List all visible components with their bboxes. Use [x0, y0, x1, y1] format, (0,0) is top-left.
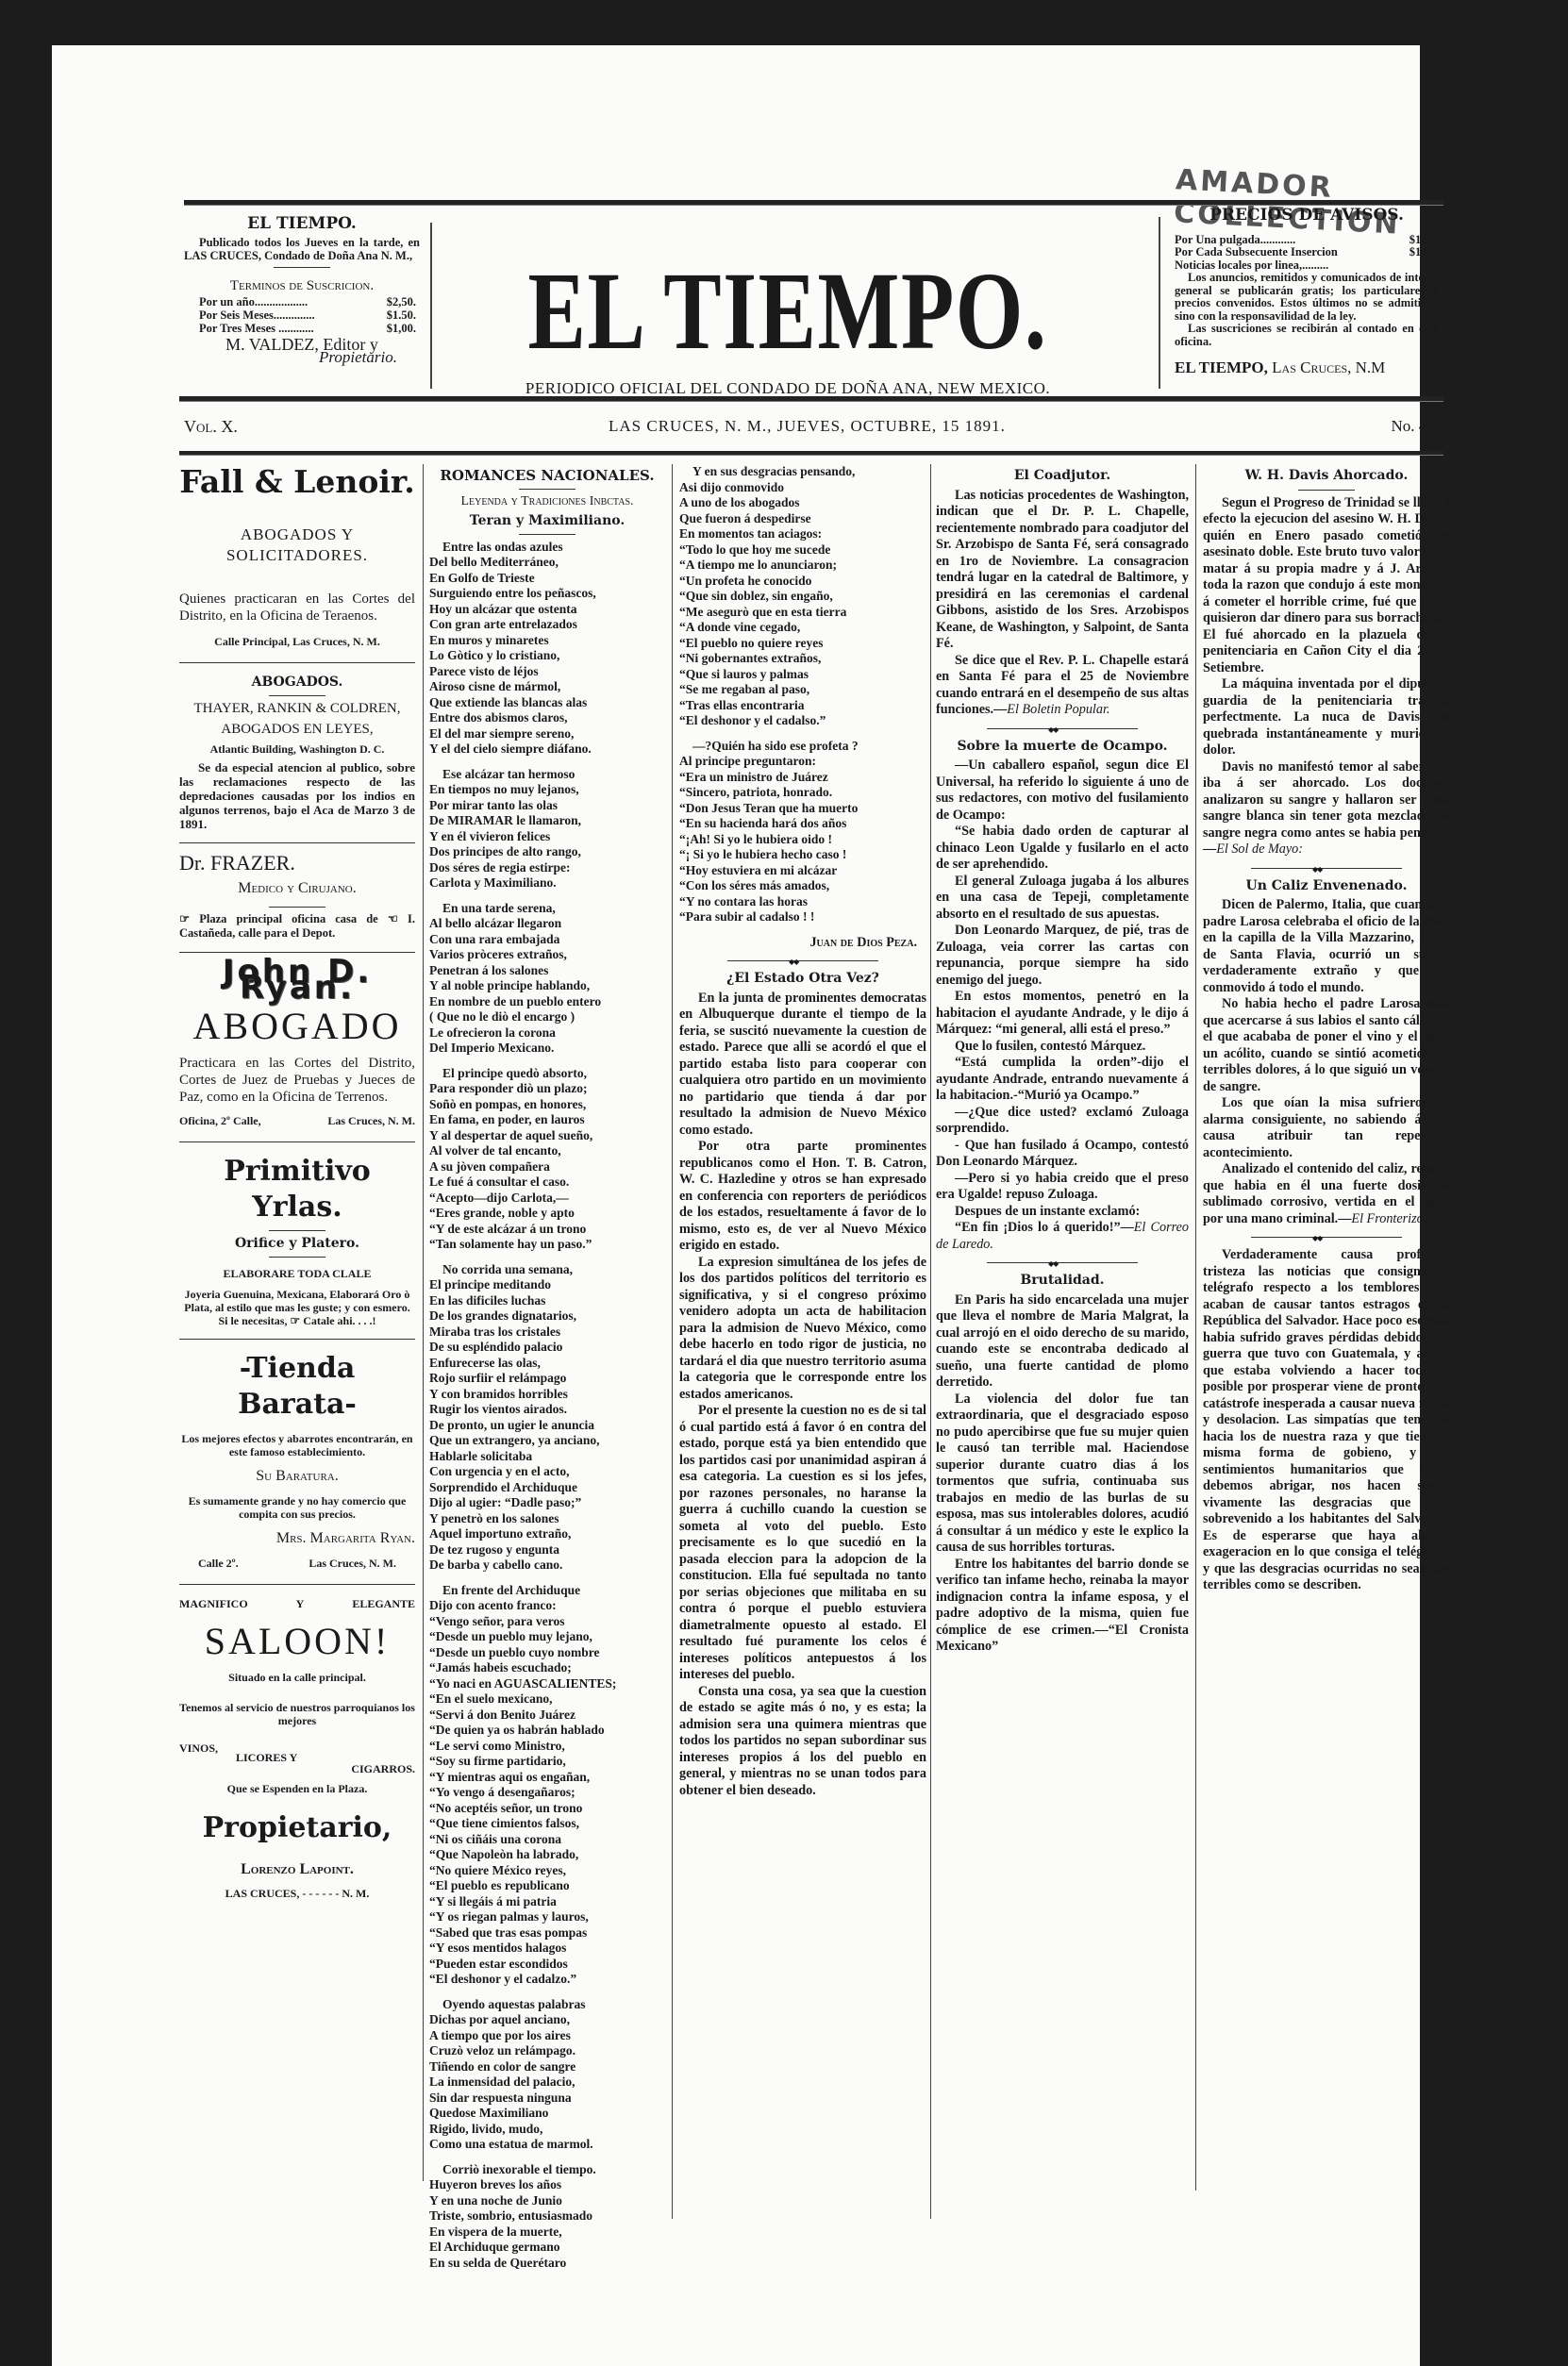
publication-note: Publicado todos los Jueves en la tarde, …: [184, 236, 420, 262]
article-body: Segun el Progreso de Trinidad se llevó á…: [1203, 495, 1450, 858]
poem-line: En fama, en poder, en lauros: [429, 1112, 665, 1128]
poem-line: En frente del Archiduque: [429, 1583, 665, 1599]
poem-line: Al volver de tal encanto,: [429, 1143, 665, 1159]
article-heading: ¿El Estado Otra Vez?: [679, 971, 926, 988]
ad-title: Primitivo Yrlas.: [179, 1154, 415, 1225]
ad-address: Calle 2º.Las Cruces, N. M.: [179, 1556, 415, 1573]
article-paragraph: Verdaderamente causa profunda tristeza l…: [1203, 1247, 1450, 1594]
article-paragraph: Se dice que el Rev. P. L. Chapelle estar…: [936, 653, 1189, 719]
poem-line: “Y de este alcázar á un trono: [429, 1222, 665, 1238]
poem-line: Como una estatua de marmol.: [429, 2137, 665, 2153]
article-heading: Sobre la muerte de Ocampo.: [936, 739, 1189, 756]
article-paragraph: Los que oían la misa sufrieron la alarma…: [1203, 1095, 1450, 1161]
poem-line: “El deshonor y el cadalso.”: [679, 713, 926, 729]
ad-separator: [179, 1141, 415, 1142]
ad-separator: [179, 1339, 415, 1340]
article-paragraph: “Está cumplida la orden”-dijo el ayudant…: [936, 1055, 1189, 1105]
article-paragraph: Dicen de Palermo, Italia, que cuando el …: [1203, 897, 1450, 996]
poem-line: Que fueron á despedirse: [679, 511, 926, 527]
poem-line: “El deshonor y el cadalzo.”: [429, 1972, 665, 1988]
poem-line: “Soy su firme partidario,: [429, 1754, 665, 1770]
poem-line: En tiempos no muy lejanos,: [429, 782, 665, 798]
poem-line: “No aceptéis señor, un trono: [429, 1801, 665, 1817]
poem-line: “Desde un pueblo muy lejano,: [429, 1629, 665, 1645]
poem-line: “Era un ministro de Juárez: [679, 770, 926, 786]
divider: [269, 1257, 325, 1258]
ad-body: Joyeria Guenuina, Mexicana, Elaborará Or…: [179, 1288, 415, 1327]
poem-line: Sin dar respuesta ninguna: [429, 2091, 665, 2107]
poem-line: “Me asegurò que en esta tierra: [679, 605, 926, 621]
terms-heading: Terminos de Suscricion.: [184, 279, 420, 292]
poem-line: Ese alcázar tan hermoso: [429, 767, 665, 783]
poem-line: En las dificiles luchas: [429, 1293, 665, 1309]
poem-line: Cruzò veloz un relámpago.: [429, 2043, 665, 2059]
poem-line: No corrida una semana,: [429, 1262, 665, 1278]
ornament-divider: [987, 1262, 1138, 1263]
ad-role: ABOGADO: [179, 1018, 415, 1035]
poem-line: Lo Gòtico y lo cristiano,: [429, 648, 665, 664]
poem-line: “A tiempo me lo anunciaron;: [679, 558, 926, 574]
divider: [274, 267, 330, 268]
divider: [1298, 490, 1355, 491]
poem-line: Con una rara embajada: [429, 932, 665, 948]
poem-line: Entre dos abismos claros,: [429, 710, 665, 726]
article-paragraph: Por el presente la cuestion no es de si …: [679, 1403, 926, 1684]
poem-line: De pronto, un ugier le anuncia: [429, 1418, 665, 1434]
ad-yrlas: Primitivo Yrlas. Orifice y Platero. ELAB…: [179, 1154, 415, 1328]
ad-body: Es sumamente grande y no hay comercio qu…: [179, 1494, 415, 1521]
poem-line: “Acepto—dijo Carlota,—: [429, 1191, 665, 1207]
ad-role: Orifice y Platero.: [179, 1236, 415, 1253]
poem-line: En momentos tan aciagos:: [679, 526, 926, 542]
price-row: Por Tres Meses ............$1,00.: [184, 322, 420, 335]
ad-saloon: MAGNIFICOYELEGANTE SALOON! Situado en la…: [179, 1596, 415, 1901]
subscription-box: EL TIEMPO. Publicado todos los Jueves en…: [184, 217, 420, 364]
poem-line: Y al despertar de aquel sueño,: [429, 1128, 665, 1144]
article-paragraph: Davis no manifestó temor al saber que ib…: [1203, 759, 1450, 858]
poem-line: “Ni gobernantes extraños,: [679, 651, 926, 667]
poem-line: En su selda de Querétaro: [429, 2256, 665, 2272]
ad-address: Oficina, 2º Calle,Las Cruces, N. M.: [179, 1113, 415, 1130]
poem-line: “Hoy estuviera en mi alcázar: [679, 863, 926, 879]
poem-line: El principe quedò absorto,: [429, 1066, 665, 1082]
subscription-box-title: EL TIEMPO.: [184, 217, 420, 230]
poem-line: A tiempo que por los aires: [429, 2028, 665, 2044]
poem-title: Teran y Maximiliano.: [429, 513, 665, 529]
article-paragraph: “Se habia dado orden de capturar al chin…: [936, 824, 1189, 874]
poem-line: Dos principes de alto rango,: [429, 844, 665, 860]
article-heading: El Coadjutor.: [936, 468, 1189, 485]
article-paragraph: —Un caballero español, segun dice El Uni…: [936, 758, 1189, 824]
poem-line: A su jòven compañera: [429, 1159, 665, 1175]
poem-line: Dijo con acento franco:: [429, 1598, 665, 1614]
poem-line: “Servi á don Benito Juárez: [429, 1708, 665, 1724]
poem-line: ( Que no le diò el encargo ): [429, 1009, 665, 1025]
poem-line: A uno de los abogados: [679, 495, 926, 511]
poem-stanza: —?Quién ha sido ese profeta ?Al principe…: [679, 739, 926, 925]
poem-line: “Un profeta he conocido: [679, 574, 926, 590]
rates-title: PRECIOS DE AVISOS.: [1175, 209, 1439, 223]
article-paragraph: Analizado el contenido del caliz, result…: [1203, 1161, 1450, 1227]
ad-body: Tenemos al servicio de nuestros parroqui…: [179, 1701, 415, 1727]
article-heading: Brutalidad.: [936, 1273, 1189, 1290]
poem-line: —?Quién ha sido ese profeta ?: [679, 739, 926, 755]
article-body: —Un caballero español, segun dice El Uni…: [936, 758, 1189, 1253]
poem-line: Y con bramidos horribles: [429, 1387, 665, 1403]
ornament-divider: [987, 728, 1138, 729]
poem-line: Y el del cielo siempre diáfano.: [429, 741, 665, 758]
ad-heading: ABOGADOS.: [179, 675, 415, 691]
poem-line: Y en una noche de Junio: [429, 2193, 665, 2209]
poem-line: Carlota y Maximiliano.: [429, 875, 665, 891]
poem-line: “Y esos mentidos halagos: [429, 1941, 665, 1957]
rate-row: Por Una pulgada............$1.50.: [1175, 234, 1439, 247]
poem-line: “No quiere México reyes,: [429, 1863, 665, 1879]
poem-line: Corriò inexorable el tiempo.: [429, 2162, 665, 2178]
article-body: Las noticias procedentes de Washington, …: [936, 488, 1189, 719]
poem-line: Dichas por aquel anciano,: [429, 2012, 665, 2028]
poem-line: Hablarle solicitaba: [429, 1449, 665, 1465]
poem-line: “A donde vine cegado,: [679, 620, 926, 636]
article-paragraph: - Que han fusilado á Ocampo, contestó Do…: [936, 1138, 1189, 1171]
article-paragraph: El general Zuloaga jugaba á los albures …: [936, 874, 1189, 924]
poem-stanza: En frente del ArchiduqueDijo con acento …: [429, 1583, 665, 1988]
divider: [519, 534, 575, 535]
article-body: En la junta de prominentes democratas en…: [679, 991, 926, 1800]
poem-stanza: Oyendo aquestas palabrasDichas por aquel…: [429, 1997, 665, 2153]
poem-stanza: Ese alcázar tan hermosoEn tiempos no muy…: [429, 767, 665, 891]
article-body: En Paris ha sido encarcelada una mujer q…: [936, 1292, 1189, 1656]
poem-line: De MIRAMAR le llamaron,: [429, 813, 665, 829]
divider: [519, 489, 575, 490]
poem-line: Y en él vivieron felices: [429, 829, 665, 845]
column-4: El Coadjutor. Las noticias procedentes d…: [936, 464, 1189, 1656]
article-paragraph: Por otra parte prominentes republicanos …: [679, 1139, 926, 1255]
poem-stanza: Entre las ondas azulesDel bello Mediterr…: [429, 540, 665, 758]
article-paragraph: La expresion simultánea de los jefes de …: [679, 1255, 926, 1404]
article-source: El Correo de Laredo.: [936, 1220, 1189, 1252]
ad-title: -Tienda Barata-: [179, 1351, 415, 1423]
poem-line: Rugir los vientos airados.: [429, 1402, 665, 1418]
column-divider: [1195, 464, 1196, 2191]
poem-line: El del mar siempre sereno,: [429, 726, 665, 742]
ad-caption: ABOGADOS Y SOLICITADORES.: [179, 525, 415, 566]
poem-line: “Yo vengo á desengañaros;: [429, 1785, 665, 1801]
poem-line: “Se me regaban al paso,: [679, 682, 926, 698]
column-5: W. H. Davis Ahorcado. Segun el Progreso …: [1203, 464, 1450, 1594]
ad-owner-title: Propietario,: [179, 1810, 415, 1846]
issue-number: No. 41.: [1391, 417, 1439, 436]
column-divider: [423, 464, 424, 2181]
ad-address: LAS CRUCES, - - - - - - N. M.: [179, 1887, 415, 1900]
ad-title: SALOON!: [179, 1633, 415, 1650]
poem-line: Triste, sombrio, entusiasmado: [429, 2208, 665, 2224]
poem-line: “En su hacienda hará dos años: [679, 816, 926, 832]
article-paragraph: “En fin ¡Dios lo á querido!”—El Correo d…: [936, 1220, 1189, 1253]
poem-line: Y penetrò en los salones: [429, 1511, 665, 1527]
ad-owner: Mrs. Margarita Ryan.: [179, 1530, 415, 1547]
poem-line: El principe meditando: [429, 1277, 665, 1293]
poem-line: Y en sus desgracias pensando,: [679, 464, 926, 480]
poem-line: “Y mientras aqui os engañan,: [429, 1770, 665, 1786]
ad-address: Atlantic Building, Washington D. C.: [179, 741, 415, 758]
poem-line: Quedose Maximiliano: [429, 2106, 665, 2122]
poem-line: “¡ Si yo le hubiera hecho caso !: [679, 847, 926, 863]
column-ads: Fall & Lenoir. ABOGADOS Y SOLICITADORES.…: [179, 464, 415, 1900]
poem-line: “El pueblo es republicano: [429, 1878, 665, 1894]
article-paragraph: Despues de un instante exclamó:: [936, 1204, 1189, 1221]
poem-line: Por mirar tanto las olas: [429, 798, 665, 814]
article-paragraph: La máquina inventada por el diputado gua…: [1203, 676, 1450, 759]
masthead: EL TIEMPO. PERIODICO OFICIAL DEL CONDADO…: [429, 217, 1146, 398]
poem-line: “¡Ah! Si yo le hubiera oido !: [679, 832, 926, 848]
ad-title: Fall & Lenoir.: [179, 464, 415, 500]
poem-line: Varios pròceres extraños,: [429, 947, 665, 963]
rates-notice: Los anuncios, remitidos y comunicados de…: [1175, 272, 1439, 323]
poem-line: “Que Napoleòn ha labrado,: [429, 1847, 665, 1863]
article-body: Dicen de Palermo, Italia, que cuando el …: [1203, 897, 1450, 1227]
poem-line: De su espléndido palacio: [429, 1340, 665, 1356]
poem-line: Soñò en pompas, en honores,: [429, 1097, 665, 1113]
poem-line: Hoy un alcázar que ostenta: [429, 602, 665, 618]
ad-owner: Lorenzo Lapoint.: [179, 1861, 415, 1878]
poem-line: Con urgencia y en el acto,: [429, 1464, 665, 1480]
article-paragraph: En Paris ha sido encarcelada una mujer q…: [936, 1292, 1189, 1391]
poem-stanza: El principe quedò absorto,Para responder…: [429, 1066, 665, 1253]
ad-body: Se da especial atencion al publico, sobr…: [179, 760, 415, 831]
divider: [269, 695, 325, 696]
article-heading: Un Caliz Envenenado.: [1203, 878, 1450, 895]
poem-line: Penetran á los salones: [429, 963, 665, 979]
ad-role: ABOGADOS EN LEYES,: [179, 722, 415, 739]
poem-line: Y al noble principe hablando,: [429, 978, 665, 994]
divider: [269, 907, 325, 908]
poem-line: Huyeron breves los años: [429, 2177, 665, 2193]
article-paragraph: —¿Que dice usted? exclamó Zuloaga sorpre…: [936, 1105, 1189, 1138]
issue-date: LAS CRUCES, N. M., JUEVES, OCTUBRE, 15 1…: [609, 417, 1006, 436]
article-source: El Fronterizo.: [1351, 1211, 1426, 1226]
masthead-divider-right: [1159, 217, 1160, 389]
article-paragraph: Las noticias procedentes de Washington, …: [936, 488, 1189, 653]
ad-firm: THAYER, RANKIN & COLDREN,: [179, 701, 415, 718]
rate-row: Por Cada Subsecuente Insercion$1.00.: [1175, 246, 1439, 259]
article-heading: W. H. Davis Ahorcado.: [1203, 468, 1450, 485]
ad-frazer: Dr. FRAZER. Medico y Cirujano. ☞ Plaza p…: [179, 855, 415, 941]
ornament-divider: [1251, 868, 1402, 869]
poem-line: “Jamás habeis escuchado;: [429, 1660, 665, 1676]
article-paragraph: Don Leonardo Marquez, de pié, tras de Zu…: [936, 923, 1189, 989]
poem-line: Al bello alcázar llegaron: [429, 916, 665, 932]
poem-line: Del Imperio Mexicano.: [429, 1041, 665, 1057]
poem-line: Con gran arte entrelazados: [429, 617, 665, 633]
ornament-divider: [727, 960, 878, 961]
ad-tienda-barata: -Tienda Barata- Los mejores efectos y ab…: [179, 1351, 415, 1573]
column-3: Y en sus desgracias pensando,Asi dijo co…: [679, 464, 926, 1799]
poem-stanza: En una tarde serena,Al bello alcázar lle…: [429, 901, 665, 1057]
poem-line: De los grandes dignatarios,: [429, 1308, 665, 1325]
ad-title: John D. Ryan.: [179, 964, 415, 997]
poem-line: “Que si lauros y palmas: [679, 667, 926, 683]
poem-body: Entre las ondas azulesDel bello Mediterr…: [429, 540, 665, 2272]
poem-section-heading: ROMANCES NACIONALES.: [429, 468, 665, 484]
ad-plaza: Que se Espenden en la Plaza.: [179, 1782, 415, 1795]
poem-stanza: Corriò inexorable el tiempo.Huyeron brev…: [429, 2162, 665, 2272]
poem-continued: Y en sus desgracias pensando,Asi dijo co…: [679, 464, 926, 925]
poem-line: Que un extrangero, ya anciano,: [429, 1433, 665, 1449]
poem-line: Al principe preguntaron:: [679, 754, 926, 770]
ad-top: MAGNIFICOYELEGANTE: [179, 1596, 415, 1613]
article-paragraph: —Pero si yo habia creido que el preso er…: [936, 1171, 1189, 1204]
poem-line: “Que tiene cimientos falsos,: [429, 1816, 665, 1832]
poem-line: “Tras ellas encontraria: [679, 698, 926, 714]
divider: [269, 1230, 325, 1231]
price-row: Por Seis Meses..............$1.50.: [184, 308, 420, 322]
poem-line: Que extiende las blancas alas: [429, 695, 665, 711]
poem-line: En una tarde serena,: [429, 901, 665, 917]
article-source: El Sol de Mayo:: [1216, 841, 1303, 857]
poem-line: Para responder diò un plazo;: [429, 1081, 665, 1097]
poem-line: “Con los séres más amados,: [679, 878, 926, 894]
price-row: Por un año..................$2,50.: [184, 295, 420, 308]
poem-line: “Eres grande, noble y apto: [429, 1206, 665, 1222]
newspaper-title: EL TIEMPO.: [509, 255, 1068, 368]
poem-line: “Desde un pueblo cuyo nombre: [429, 1645, 665, 1661]
poem-line: “Sabed que tras esas pompas: [429, 1925, 665, 1941]
poem-line: “Yo naci en AGUASCALIENTES;: [429, 1676, 665, 1692]
article-paragraph: Segun el Progreso de Trinidad se llevó á…: [1203, 495, 1450, 677]
article-paragraph: La violencia del dolor fue tan extraordi…: [936, 1391, 1189, 1557]
rates-signature: EL TIEMPO, Las Cruces, N.M: [1175, 361, 1439, 375]
poem-line: Miraba tras los cristales: [429, 1325, 665, 1341]
poem-line: “Y si llegáis á mi patria: [429, 1894, 665, 1910]
poem-line: Rigido, livido, mudo,: [429, 2122, 665, 2138]
article-paragraph: Entre los habitantes del barrio donde se…: [936, 1557, 1189, 1656]
ad-location: Situado en la calle principal.: [179, 1671, 415, 1684]
column-divider: [672, 464, 673, 2219]
subscription-notice: Las suscriciones se recibirán al contado…: [1175, 323, 1439, 348]
poem-line: Parece visto de léjos: [429, 664, 665, 680]
poem-line: “Todo lo que hoy me sucede: [679, 542, 926, 558]
poem-line: “Le servi como Ministro,: [429, 1739, 665, 1755]
poem-line: Asi dijo conmovido: [679, 480, 926, 496]
ad-body: ☞ Plaza principal oficina casa de ☜ I. C…: [179, 912, 415, 941]
article-paragraph: No habia hecho el padre Larosa más que a…: [1203, 996, 1450, 1095]
ad-tag: ELABORARE TODA CLALE: [179, 1267, 415, 1280]
ad-role: Medico y Cirujano.: [179, 880, 415, 897]
ad-ryan: John D. Ryan. ABOGADO Practicara en las …: [179, 964, 415, 1130]
poem-line: En vispera de la muerte,: [429, 2224, 665, 2241]
ad-goods: VINOS, LICORES Y CIGARROS.: [179, 1741, 415, 1782]
poem-line: Dijo al ugier: “Dadle paso;”: [429, 1495, 665, 1511]
poem-line: Surguiendo entre los peñascos,: [429, 586, 665, 602]
ad-title: Dr. FRAZER.: [179, 855, 415, 872]
column-poem: ROMANCES NACIONALES. Leyenda y Tradicion…: [429, 464, 665, 2280]
poem-line: Oyendo aquestas palabras: [429, 1997, 665, 2013]
ad-sub: Su Baratura.: [179, 1468, 415, 1485]
ad-fall-lenoir: Fall & Lenoir. ABOGADOS Y SOLICITADORES.…: [179, 464, 415, 651]
poem-line: De tez rugoso y engunta: [429, 1542, 665, 1558]
poem-line: “Tan solamente hay un paso.”: [429, 1237, 665, 1253]
poem-line: “El pueblo no quiere reyes: [679, 636, 926, 652]
poem-line: Entre las ondas azules: [429, 540, 665, 556]
poem-line: Tiñendo en color de sangre: [429, 2059, 665, 2075]
poem-line: Del bello Mediterráneo,: [429, 555, 665, 571]
poem-line: “Para subir al cadalso ! !: [679, 909, 926, 925]
article-source: El Boletin Popular.: [1007, 702, 1109, 717]
poem-line: “Y os riegan palmas y lauros,: [429, 1909, 665, 1925]
poem-line: Sorprendido el Archiduque: [429, 1480, 665, 1496]
article-paragraph: Consta una cosa, ya sea que la cuestion …: [679, 1684, 926, 1800]
ad-separator: [179, 1584, 415, 1585]
ornament-divider: [1251, 1237, 1402, 1238]
poem-line: Dos séres de regia estirpe:: [429, 860, 665, 876]
article-body: Verdaderamente causa profunda tristeza l…: [1203, 1247, 1450, 1594]
poem-line: Rojo surfiir el relámpago: [429, 1371, 665, 1387]
article-paragraph: Que lo fusilen, contestó Márquez.: [936, 1039, 1189, 1056]
ad-body: Quienes practicaran en las Cortes del Di…: [179, 591, 415, 625]
poem-line: Airoso cisne de mármol,: [429, 679, 665, 695]
ad-separator: [179, 842, 415, 843]
poem-line: “Sincero, patriota, honrado.: [679, 785, 926, 801]
ad-thayer: ABOGADOS. THAYER, RANKIN & COLDREN, ABOG…: [179, 675, 415, 831]
poem-line: El Archiduque germano: [429, 2240, 665, 2256]
article-paragraph: En la junta de prominentes democratas en…: [679, 991, 926, 1140]
poem-line: “Don Jesus Teran que ha muerto: [679, 801, 926, 817]
poem-line: “Vengo señor, para veros: [429, 1614, 665, 1630]
article-paragraph: En estos momentos, penetró en la habitac…: [936, 989, 1189, 1039]
poem-line: “En el suelo mexicano,: [429, 1691, 665, 1708]
ad-body: Los mejores efectos y abarrotes encontra…: [179, 1432, 415, 1458]
poem-line: “Que sin doblez, sin engaño,: [679, 589, 926, 605]
poem-line: Enfurecerse las olas,: [429, 1356, 665, 1372]
ad-body: Practicara en las Cortes del Distrito, C…: [179, 1055, 415, 1106]
column-divider: [930, 464, 931, 2219]
poem-line: De barba y cabello cano.: [429, 1558, 665, 1574]
poem-line: Le fué á consultar el caso.: [429, 1175, 665, 1191]
poem-line: La inmensidad del palacio,: [429, 2074, 665, 2091]
poem-line: Le ofrecieron la corona: [429, 1025, 665, 1041]
ad-address: Calle Principal, Las Cruces, N. M.: [179, 634, 415, 651]
poem-stanza: Y en sus desgracias pensando,Asi dijo co…: [679, 464, 926, 729]
poem-subheading: Leyenda y Tradiciones Inbctas.: [429, 494, 665, 510]
ad-separator: [179, 662, 415, 663]
poem-line: “De quien ya os habrán hablado: [429, 1723, 665, 1739]
poem-line: En muros y minaretes: [429, 633, 665, 649]
volume: Vol. X.: [184, 417, 238, 437]
rate-row: Noticias locales por linea,.........10-: [1175, 259, 1439, 273]
poem-line: En nombre de un pueblo entero: [429, 994, 665, 1010]
poem-line: En Golfo de Trieste: [429, 571, 665, 587]
poem-author: Juan de Dios Peza.: [679, 935, 917, 952]
poem-line: “Y no contara las horas: [679, 894, 926, 910]
poem-stanza: No corrida una semana,El principe medita…: [429, 1262, 665, 1574]
advertising-rates-box: PRECIOS DE AVISOS. Por Una pulgada......…: [1175, 209, 1439, 375]
poem-line: “Pueden estar escondidos: [429, 1957, 665, 1973]
newspaper-subtitle: PERIODICO OFICIAL DEL CONDADO DE DOÑA AN…: [429, 379, 1146, 398]
dateline-rule: [179, 451, 1443, 456]
poem-line: Aquel importuno extraño,: [429, 1526, 665, 1542]
poem-line: “Ni os ciñáis una corona: [429, 1832, 665, 1848]
